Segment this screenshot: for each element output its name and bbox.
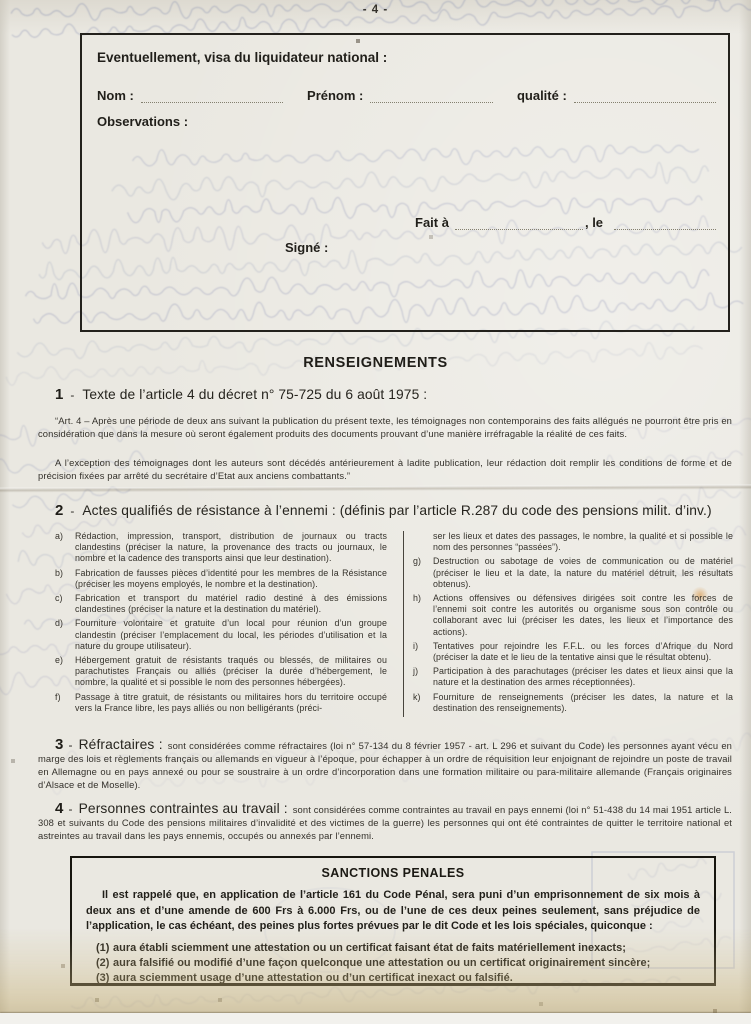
list-item-d: d)Fourniture volontaire et gratuite d’un… (55, 618, 387, 652)
sanctions-intro: Il est rappelé que, en application de l’… (86, 888, 700, 935)
item-label: k) (413, 692, 433, 714)
list-item-j: j)Participation à des parachutages (préc… (413, 666, 733, 688)
fait-a-field-line (455, 216, 583, 230)
fait-a-row: Fait à , le (415, 215, 716, 230)
section1-heading: 1-Texte de l’article 4 du décret n° 75-7… (55, 386, 427, 404)
list-item-g: g)Destruction ou sabotage de voies de co… (413, 556, 733, 590)
list-item-c: c)Fabrication et transport du matériel r… (55, 593, 387, 615)
scan-bottom-edge (0, 1013, 751, 1024)
fait-a-label: Fait à (415, 215, 449, 230)
item-text: Tentatives pour rejoindre les F.F.L. ou … (433, 641, 733, 663)
observations-label: Observations : (97, 114, 188, 129)
sanctions-items: (1)aura établi sciemment une attestation… (86, 941, 700, 986)
item-label: d) (55, 618, 75, 652)
scanned-document-page: - 4 - Eventuellement, visa du liquidateu… (0, 0, 751, 1024)
list-item-i: i)Tentatives pour rejoindre les F.F.L. o… (413, 641, 733, 663)
item-label: h) (413, 593, 433, 638)
sanction-item-text: aura sciemment usage d’une attestation o… (113, 971, 700, 986)
section1-paragraph-2: A l’exception des témoignages dont les a… (38, 456, 732, 482)
item-text: Hébergement gratuit de résistants traqué… (75, 655, 387, 689)
list-item-e: e)Hébergement gratuit de résistants traq… (55, 655, 387, 689)
sanction-item-text: aura établi sciemment une attestation ou… (113, 941, 700, 956)
item-text: Participation à des parachutages (précis… (433, 666, 733, 688)
list-item-f-continued: ser les lieux et dates des passages, le … (413, 531, 733, 553)
section-dash: - (63, 738, 78, 752)
item-label (413, 531, 433, 553)
le-label: , le (585, 215, 603, 230)
visa-fields-row: Nom : Prénom : qualité : (97, 88, 716, 103)
list-item-h: h)Actions offensives ou défensives dirig… (413, 593, 733, 638)
section3-title: Réfractaires : (79, 737, 163, 752)
item-label: c) (55, 593, 75, 615)
sanction-item-3: (3)aura sciemment usage d’une attestatio… (86, 971, 700, 986)
item-label: b) (55, 568, 75, 590)
list-item-a: a)Rédaction, impression, transport, dist… (55, 531, 387, 565)
section4-paragraph: 4-Personnes contraintes au travail :sont… (38, 801, 732, 842)
visa-box: Eventuellement, visa du liquidateur nati… (80, 33, 730, 332)
sanction-item-label: (2) (86, 956, 113, 971)
section1-title: Texte de l’article 4 du décret n° 75-725… (82, 387, 427, 402)
item-text: Passage à titre gratuit, de résistants o… (75, 692, 387, 714)
prenom-field-line (370, 89, 493, 103)
item-label: j) (413, 666, 433, 688)
section1-number: 1 (55, 386, 63, 403)
section2-heading: 2-Actes qualifiés de résistance à l’enne… (55, 502, 712, 520)
section3-paragraph: 3-Réfractaires :sont considérées comme r… (38, 737, 732, 791)
list-item-k: k)Fourniture de renseignements (préciser… (413, 692, 733, 714)
item-label: g) (413, 556, 433, 590)
list-item-f: f)Passage à titre gratuit, de résistants… (55, 692, 387, 714)
item-text: Fabrication de fausses pièces d’identité… (75, 568, 387, 590)
renseignements-heading: RENSEIGNEMENTS (0, 355, 751, 371)
section2-columns: a)Rédaction, impression, transport, dist… (55, 531, 733, 717)
section1-paragraph-1: “Art. 4 – Après une période de deux ans … (38, 414, 732, 440)
paper-fold-crease (0, 484, 751, 492)
section-dash: - (63, 802, 78, 816)
list-item-b: b)Fabrication de fausses pièces d’identi… (55, 568, 387, 590)
item-text: Fourniture de renseignements (préciser l… (433, 692, 733, 714)
item-label: f) (55, 692, 75, 714)
item-text: Destruction ou sabotage de voies de comm… (433, 556, 733, 590)
paper-specks (0, 0, 2, 2)
qualite-label: qualité : (517, 88, 567, 103)
item-text: ser les lieux et dates des passages, le … (433, 531, 733, 553)
visa-box-title: Eventuellement, visa du liquidateur nati… (97, 50, 387, 65)
section4-title: Personnes contraintes au travail : (79, 801, 288, 816)
sanction-item-1: (1)aura établi sciemment une attestation… (86, 941, 700, 956)
sanction-item-2: (2)aura falsifié ou modifié d’une façon … (86, 956, 700, 971)
item-label: a) (55, 531, 75, 565)
sanctions-title: SANCTIONS PENALES (86, 866, 700, 880)
sanction-item-label: (1) (86, 941, 113, 956)
sanctions-box: SANCTIONS PENALES Il est rappelé que, en… (70, 856, 716, 986)
qualite-field-line (574, 89, 716, 103)
section-dash: - (70, 388, 74, 402)
le-field-line (614, 216, 716, 230)
sanction-item-label: (3) (86, 971, 113, 986)
item-text: Fabrication et transport du matériel rad… (75, 593, 387, 615)
section2-title: Actes qualifiés de résistance à l’ennemi… (82, 503, 711, 518)
item-text: Rédaction, impression, transport, distri… (75, 531, 387, 565)
section2-left-column: a)Rédaction, impression, transport, dist… (55, 531, 403, 717)
item-label: e) (55, 655, 75, 689)
item-text: Fourniture volontaire et gratuite d’un l… (75, 618, 387, 652)
nom-field-line (141, 89, 283, 103)
item-label: i) (413, 641, 433, 663)
nom-label: Nom : (97, 88, 134, 103)
section2-number: 2 (55, 502, 63, 519)
prenom-label: Prénom : (307, 88, 363, 103)
sanction-item-text: aura falsifié ou modifié d’une façon que… (113, 956, 700, 971)
section2-right-column: ser les lieux et dates des passages, le … (403, 531, 733, 717)
signe-label: Signé : (285, 240, 328, 255)
item-text: Actions offensives ou défensives dirigée… (433, 593, 733, 638)
page-number: - 4 - (0, 4, 751, 16)
section-dash: - (70, 504, 74, 518)
